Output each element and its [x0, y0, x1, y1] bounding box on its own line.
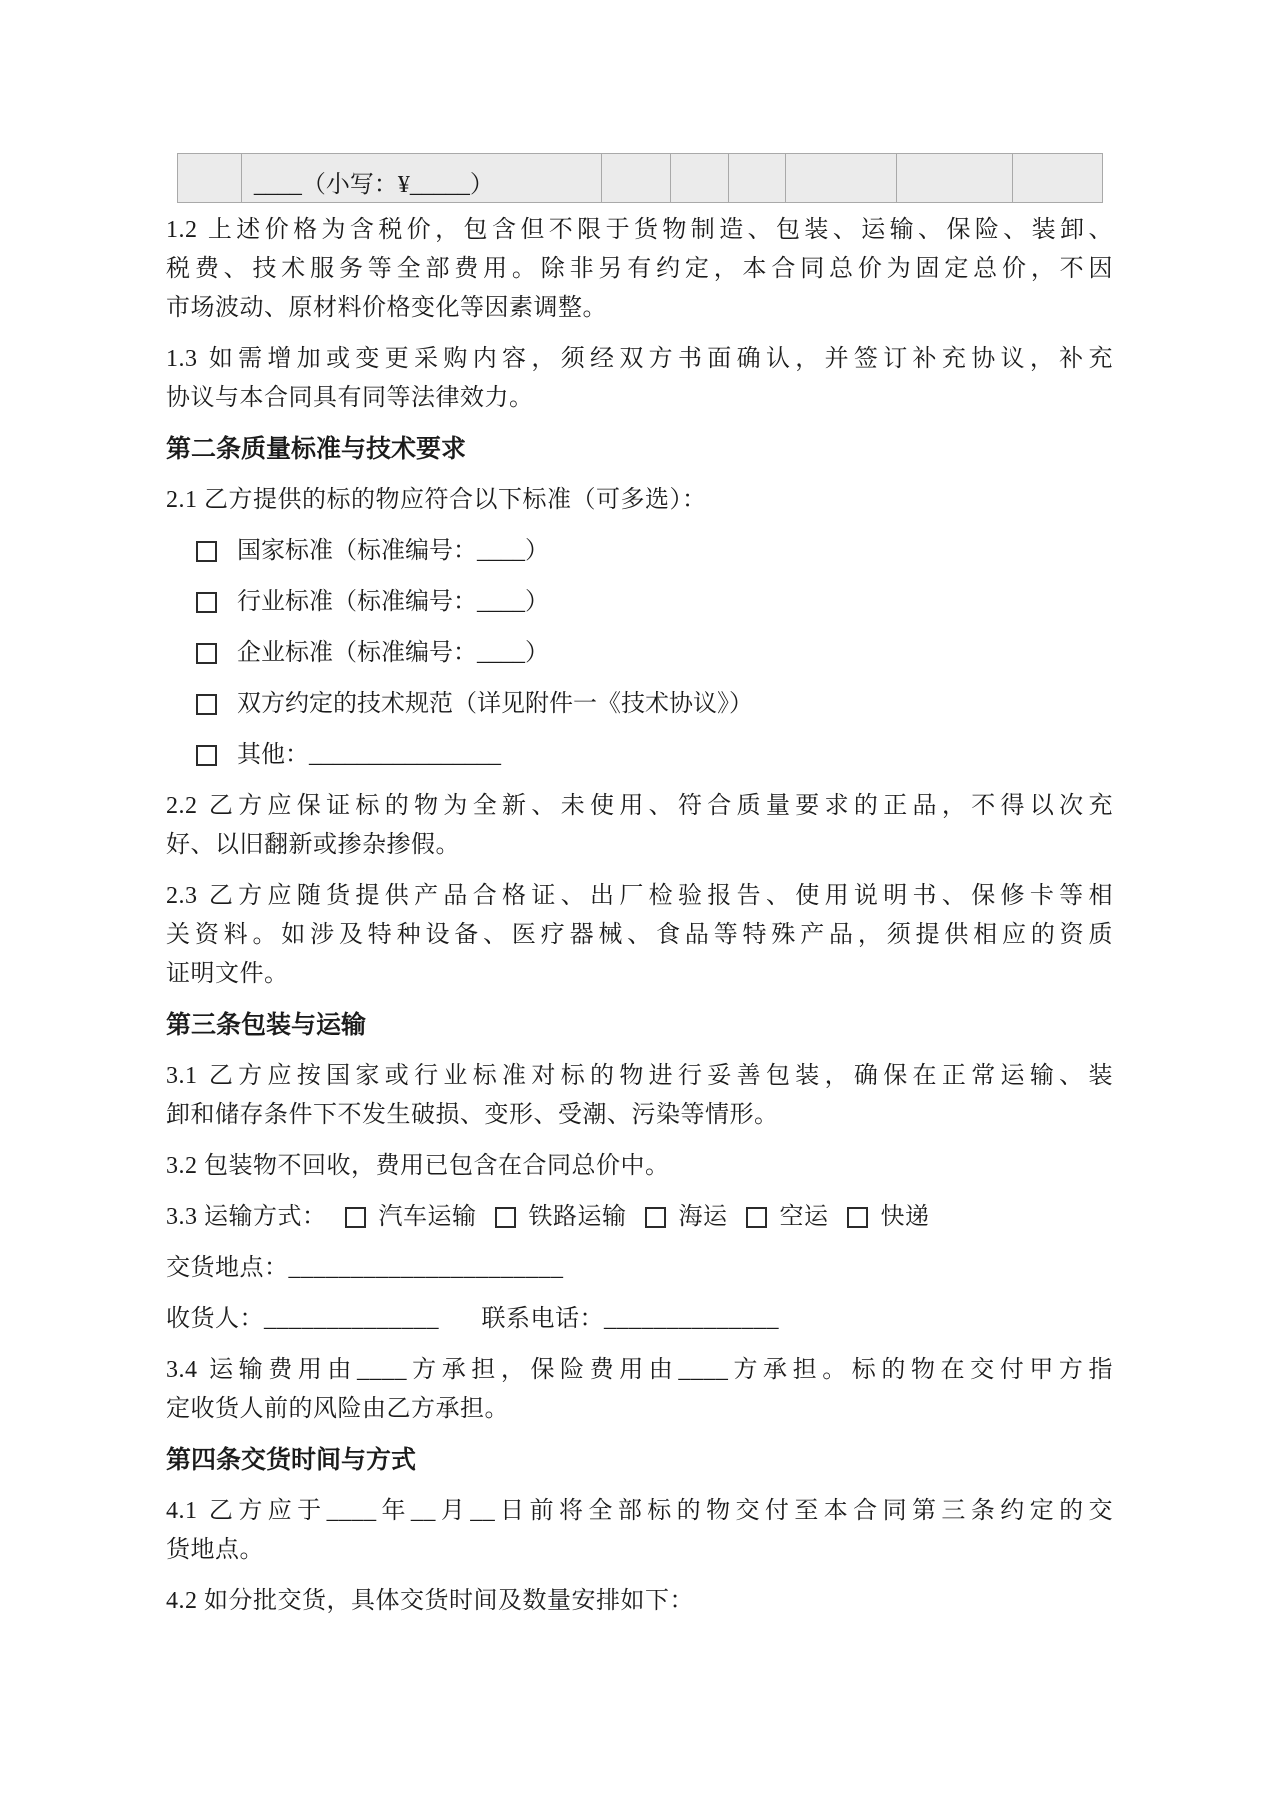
- paragraph-line: 2.2 乙方应保证标的物为全新、未使用、符合质量要求的正品，不得以次充: [166, 787, 1113, 826]
- clause-3-2: 3.2 包装物不回收，费用已包含在合同总价中。: [166, 1147, 1113, 1186]
- standard-option-label: 国家标准（标准编号：____）: [237, 532, 549, 571]
- amount-in-words-cell: ____（小写：¥_____）: [242, 154, 602, 202]
- paragraph-line: 税费、技术服务等全部费用。除非另有约定，本合同总价为固定总价，不因: [166, 250, 1113, 289]
- paragraph-line: 证明文件。: [166, 955, 1113, 994]
- amount-table-cell: [178, 154, 242, 202]
- checkbox-icon[interactable]: [645, 1207, 666, 1228]
- contract-page: ____（小写：¥_____） 1.2 上述价格为含税价，包含但不限于货物制造、…: [0, 0, 1280, 1811]
- section-heading-quality: 第二条质量标准与技术要求: [166, 430, 1113, 469]
- paragraph-line: 关资料。如涉及特种设备、医疗器械、食品等特殊产品，须提供相应的资质: [166, 916, 1113, 955]
- document-content: ____（小写：¥_____） 1.2 上述价格为含税价，包含但不限于货物制造、…: [166, 153, 1113, 1633]
- checkbox-icon[interactable]: [196, 541, 217, 562]
- clause-2-3: 2.3 乙方应随货提供产品合格证、出厂检验报告、使用说明书、保修卡等相 关资料。…: [166, 877, 1113, 994]
- paragraph-line: 2.3 乙方应随货提供产品合格证、出厂检验报告、使用说明书、保修卡等相: [166, 877, 1113, 916]
- amount-table-cell: [1013, 154, 1102, 202]
- standard-option-label: 其他：________________: [237, 736, 501, 775]
- amount-table-cell: [897, 154, 1013, 202]
- paragraph-line: 好、以旧翻新或掺杂掺假。: [166, 826, 1113, 865]
- standard-option-industry: 行业标准（标准编号：____）: [166, 583, 1113, 622]
- amount-table-cell: [786, 154, 898, 202]
- clause-3-1: 3.1 乙方应按国家或行业标准对标的物进行妥善包装，确保在正常运输、装 卸和储存…: [166, 1057, 1113, 1135]
- clause-4-1: 4.1 乙方应于____年__月__日前将全部标的物交付至本合同第三条约定的交 …: [166, 1492, 1113, 1570]
- checkbox-icon[interactable]: [345, 1207, 366, 1228]
- amount-table-cell: [729, 154, 786, 202]
- standard-option-agreed-spec: 双方约定的技术规范（详见附件一《技术协议》）: [166, 685, 1113, 724]
- transport-option-express: 快递: [881, 1198, 930, 1237]
- transport-option-air: 空运: [780, 1198, 829, 1237]
- paragraph-line: 4.1 乙方应于____年__月__日前将全部标的物交付至本合同第三条约定的交: [166, 1492, 1113, 1531]
- clause-2-1: 2.1 乙方提供的标的物应符合以下标准（可多选）：: [166, 481, 1113, 520]
- delivery-place-field: 交货地点：______________________: [166, 1249, 1113, 1288]
- checkbox-icon[interactable]: [196, 745, 217, 766]
- standard-option-enterprise: 企业标准（标准编号：____）: [166, 634, 1113, 673]
- transport-option-rail: 铁路运输: [529, 1198, 627, 1237]
- amount-table-row: ____（小写：¥_____）: [177, 153, 1103, 203]
- paragraph-line: 货地点。: [166, 1531, 1113, 1570]
- standard-option-label: 企业标准（标准编号：____）: [237, 634, 549, 673]
- checkbox-icon[interactable]: [196, 592, 217, 613]
- standard-option-label: 行业标准（标准编号：____）: [237, 583, 549, 622]
- receiver-name-field: 收货人：______________: [166, 1306, 439, 1332]
- checkbox-icon[interactable]: [847, 1207, 868, 1228]
- transport-option-truck: 汽车运输: [379, 1198, 477, 1237]
- checkbox-icon[interactable]: [746, 1207, 767, 1228]
- paragraph-line: 卸和储存条件下不发生破损、变形、受潮、污染等情形。: [166, 1096, 1113, 1135]
- clause-4-2: 4.2 如分批交货，具体交货时间及数量安排如下：: [166, 1582, 1113, 1621]
- amount-in-words-text: ____（小写：¥_____）: [254, 164, 494, 199]
- amount-table-cell: [602, 154, 671, 202]
- checkbox-icon[interactable]: [196, 643, 217, 664]
- paragraph-line: 协议与本合同具有同等法律效力。: [166, 379, 1113, 418]
- paragraph-line: 定收货人前的风险由乙方承担。: [166, 1390, 1113, 1429]
- paragraph-line: 1.3 如需增加或变更采购内容，须经双方书面确认，并签订补充协议，补充: [166, 340, 1113, 379]
- transport-option-sea: 海运: [679, 1198, 728, 1237]
- standard-option-other: 其他：________________: [166, 736, 1113, 775]
- receiver-line: 收货人：______________ 联系电话：______________: [166, 1300, 1113, 1339]
- clause-3-3-transport-modes: 3.3 运输方式： 汽车运输 铁路运输 海运 空运 快递: [166, 1198, 1113, 1237]
- standard-option-national: 国家标准（标准编号：____）: [166, 532, 1113, 571]
- section-heading-packing-transport: 第三条包装与运输: [166, 1006, 1113, 1045]
- paragraph-line: 1.2 上述价格为含税价，包含但不限于货物制造、包装、运输、保险、装卸、: [166, 211, 1113, 250]
- checkbox-icon[interactable]: [196, 694, 217, 715]
- paragraph-line: 市场波动、原材料价格变化等因素调整。: [166, 289, 1113, 328]
- amount-table-cell: [671, 154, 729, 202]
- clause-2-2: 2.2 乙方应保证标的物为全新、未使用、符合质量要求的正品，不得以次充 好、以旧…: [166, 787, 1113, 865]
- clause-3-4: 3.4 运输费用由____方承担，保险费用由____方承担。标的物在交付甲方指 …: [166, 1351, 1113, 1429]
- checkbox-icon[interactable]: [495, 1207, 516, 1228]
- clause-1-3: 1.3 如需增加或变更采购内容，须经双方书面确认，并签订补充协议，补充 协议与本…: [166, 340, 1113, 418]
- receiver-phone-field: 联系电话：______________: [482, 1306, 780, 1332]
- section-heading-delivery-time: 第四条交货时间与方式: [166, 1441, 1113, 1480]
- paragraph-line: 3.4 运输费用由____方承担，保险费用由____方承担。标的物在交付甲方指: [166, 1351, 1113, 1390]
- clause-1-2: 1.2 上述价格为含税价，包含但不限于货物制造、包装、运输、保险、装卸、 税费、…: [166, 211, 1113, 328]
- standard-option-label: 双方约定的技术规范（详见附件一《技术协议》）: [237, 685, 753, 724]
- transport-prefix: 3.3 运输方式：: [166, 1198, 327, 1237]
- paragraph-line: 3.1 乙方应按国家或行业标准对标的物进行妥善包装，确保在正常运输、装: [166, 1057, 1113, 1096]
